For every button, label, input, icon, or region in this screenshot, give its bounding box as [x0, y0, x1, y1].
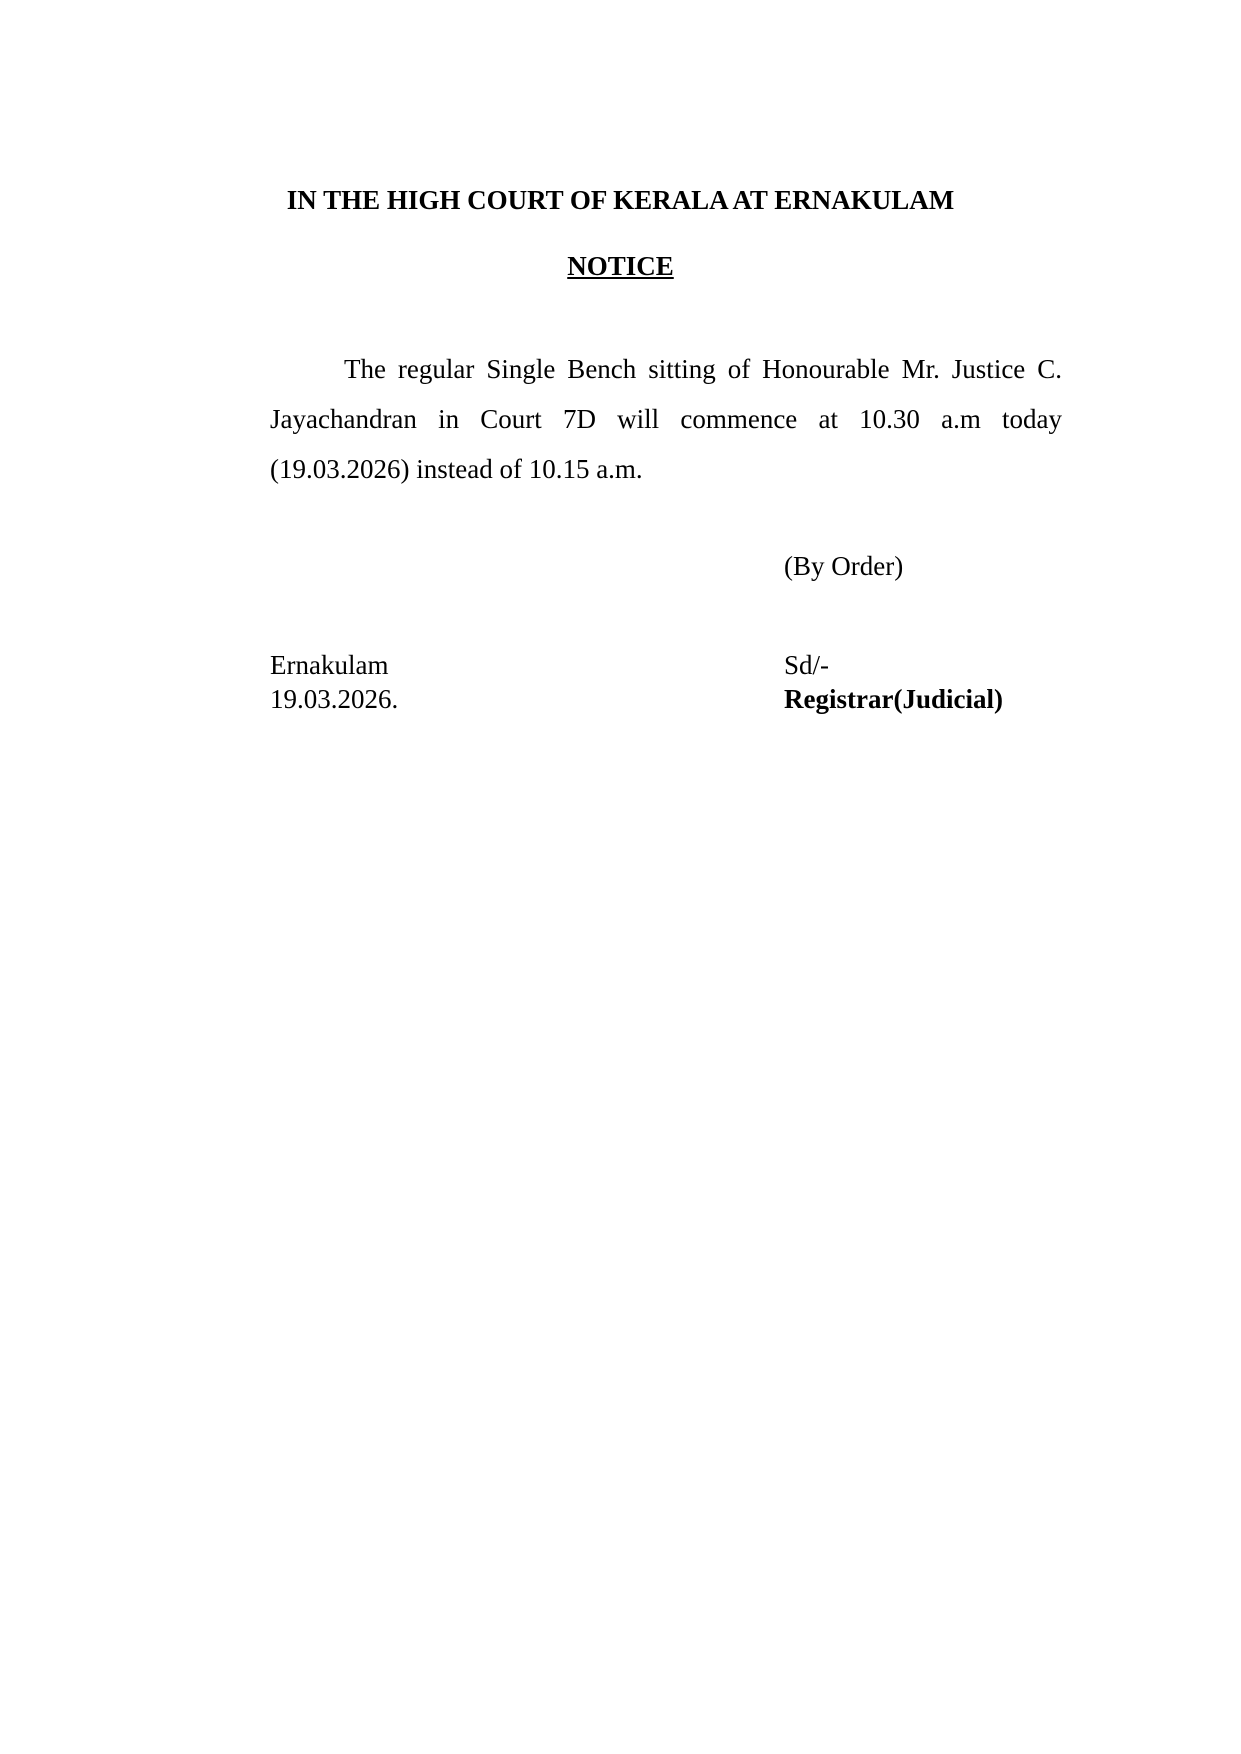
place: Ernakulam [270, 647, 388, 683]
issue-date: 19.03.2026. [270, 681, 398, 717]
signatory: Registrar(Judicial) [784, 681, 1003, 717]
court-title-text: IN THE HIGH COURT OF KERALA AT ERNAKULAM [287, 185, 954, 215]
signature: Sd/- [784, 647, 829, 683]
notice-heading: NOTICE [0, 248, 1241, 284]
by-order: (By Order) [784, 548, 903, 584]
notice-body: The regular Single Bench sitting of Hono… [270, 344, 1062, 494]
notice-page: IN THE HIGH COURT OF KERALA AT ERNAKULAM… [0, 0, 1241, 1754]
court-title: IN THE HIGH COURT OF KERALA AT ERNAKULAM [0, 182, 1241, 218]
